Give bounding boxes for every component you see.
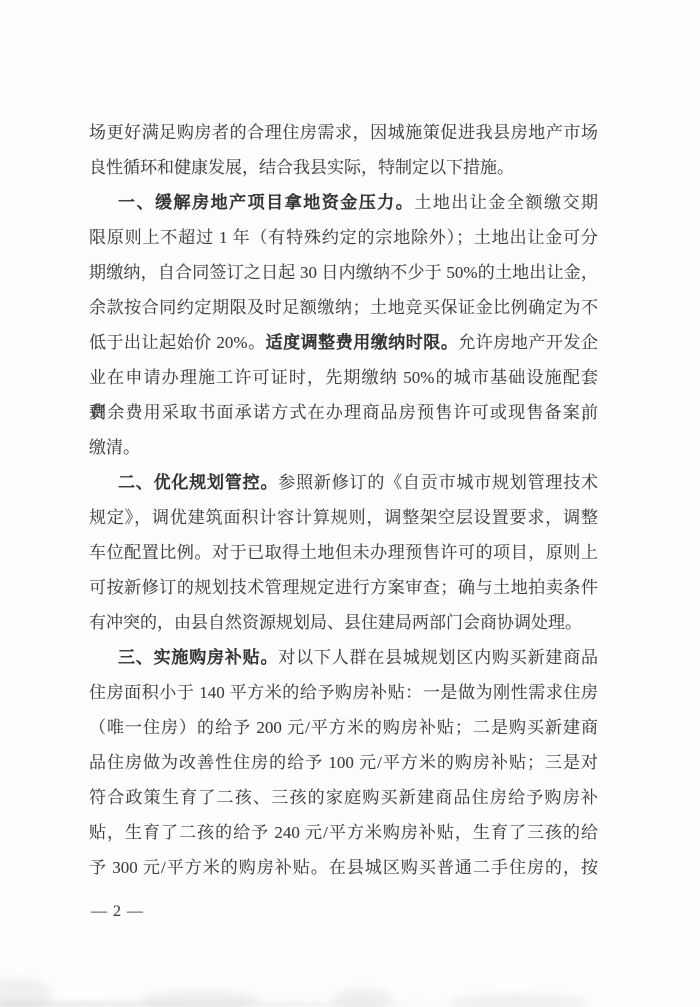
text-run: 剩余费用采取书面承诺方式在办理商品房预售许可或现售备案前 <box>89 403 598 422</box>
text-run: 符合政策生育了二孩、三孩的家庭购买新建商品住房给予购房补 <box>89 788 598 807</box>
text-run: 贴，生育了二孩的给予 240 元/平方米购房补贴，生育了三孩的给 <box>89 823 598 842</box>
text-run: 场更好满足购房者的合理住房需求，因城施策促进我县房地产市场 <box>89 123 598 142</box>
text-line: 三、实施购房补贴。对以下人群在县城规划区内购买新建商品 <box>89 640 598 675</box>
text-line: 贴，生育了二孩的给予 240 元/平方米购房补贴，生育了三孩的给 <box>89 815 598 850</box>
bold-heading-run: 二、优化规划管控。 <box>118 473 278 492</box>
text-run: 对以下人群在县城规划区内购买新建商品 <box>278 648 598 667</box>
text-line: 车位配置比例。对于已取得土地但未办理预售许可的项目，原则上 <box>89 535 598 570</box>
paragraph-1: 场更好满足购房者的合理住房需求，因城施策促进我县房地产市场良性循环和健康发展，结… <box>89 115 598 185</box>
text-line: 低于出让起始价 20%。适度调整费用缴纳时限。允许房地产开发企 <box>89 325 598 360</box>
text-run: 住房面积小于 140 平方米的给予购房补贴：一是做为刚性需求住房 <box>89 683 598 702</box>
text-run: 土地出让金全额缴交期 <box>414 193 598 212</box>
text-run: 限原则上不超过 1 年（有特殊约定的宗地除外）；土地出让金可分 <box>89 228 598 247</box>
text-line: 场更好满足购房者的合理住房需求，因城施策促进我县房地产市场 <box>89 115 598 150</box>
text-run: 缴清。 <box>89 438 140 457</box>
scanned-document-page: 场更好满足购房者的合理住房需求，因城施策促进我县房地产市场良性循环和健康发展，结… <box>0 0 700 1007</box>
text-run: 参照新修订的《自贡市城市规划管理技术 <box>278 473 598 492</box>
text-run: 可按新修订的规划技术管理规定进行方案审查；确与土地拍卖条件 <box>89 578 598 597</box>
text-line: 期缴纳，自合同签订之日起 30 日内缴纳不少于 50%的土地出让金， <box>89 255 598 290</box>
text-line: 住房面积小于 140 平方米的给予购房补贴：一是做为刚性需求住房 <box>89 675 598 710</box>
text-run: （唯一住房）的给予 200 元/平方米的购房补贴；二是购买新建商 <box>89 718 598 737</box>
text-line: 业在申请办理施工许可证时，先期缴纳 50%的城市基础设施配套费， <box>89 360 598 395</box>
text-line: 二、优化规划管控。参照新修订的《自贡市城市规划管理技术 <box>89 465 598 500</box>
text-run: 规定》，调优建筑面积计容计算规则，调整架空层设置要求，调整 <box>89 508 598 527</box>
bold-heading-run: 一、缓解房地产项目拿地资金压力。 <box>118 193 414 212</box>
text-run: 余款按合同约定期限及时足额缴纳；土地竞买保证金比例确定为不 <box>89 298 598 317</box>
page-number: — 2 — <box>91 903 144 921</box>
text-line: 予 300 元/平方米的购房补贴。在县城区购买普通二手住房的，按 <box>89 850 598 885</box>
text-line: 规定》，调优建筑面积计容计算规则，调整架空层设置要求，调整 <box>89 500 598 535</box>
text-line: （唯一住房）的给予 200 元/平方米的购房补贴；二是购买新建商 <box>89 710 598 745</box>
text-line: 品住房做为改善性住房的给予 100 元/平方米的购房补贴；三是对 <box>89 745 598 780</box>
text-run: 期缴纳，自合同签订之日起 30 日内缴纳不少于 50%的土地出让金， <box>89 263 598 282</box>
text-line: 剩余费用采取书面承诺方式在办理商品房预售许可或现售备案前 <box>89 395 598 430</box>
paragraph-3: 二、优化规划管控。参照新修订的《自贡市城市规划管理技术规定》，调优建筑面积计容计… <box>89 465 598 640</box>
bold-heading-run: 适度调整费用缴纳时限。 <box>266 333 459 352</box>
text-line: 符合政策生育了二孩、三孩的家庭购买新建商品住房给予购房补 <box>89 780 598 815</box>
document-body: 场更好满足购房者的合理住房需求，因城施策促进我县房地产市场良性循环和健康发展，结… <box>89 115 598 885</box>
text-line: 限原则上不超过 1 年（有特殊约定的宗地除外）；土地出让金可分 <box>89 220 598 255</box>
text-run: 低于出让起始价 20%。 <box>89 333 266 352</box>
text-run: 良性循环和健康发展，结合我县实际，特制定以下措施。 <box>89 158 514 177</box>
paragraph-2: 一、缓解房地产项目拿地资金压力。土地出让金全额缴交期限原则上不超过 1 年（有特… <box>89 185 598 465</box>
paragraph-4: 三、实施购房补贴。对以下人群在县城规划区内购买新建商品住房面积小于 140 平方… <box>89 640 598 885</box>
text-line: 可按新修订的规划技术管理规定进行方案审查；确与土地拍卖条件 <box>89 570 598 605</box>
text-line: 有冲突的，由县自然资源规划局、县住建局两部门会商协调处理。 <box>89 605 598 640</box>
text-line: 余款按合同约定期限及时足额缴纳；土地竞买保证金比例确定为不 <box>89 290 598 325</box>
text-run: 有冲突的，由县自然资源规划局、县住建局两部门会商协调处理。 <box>89 613 582 632</box>
text-run: 允许房地产开发企 <box>458 333 598 352</box>
scan-edge-shadow <box>0 1001 470 1007</box>
text-run: 品住房做为改善性住房的给予 100 元/平方米的购房补贴；三是对 <box>89 753 598 772</box>
text-line: 良性循环和健康发展，结合我县实际，特制定以下措施。 <box>89 150 598 185</box>
text-line: 缴清。 <box>89 430 598 465</box>
text-run: 予 300 元/平方米的购房补贴。在县城区购买普通二手住房的，按 <box>89 858 598 877</box>
text-line: 一、缓解房地产项目拿地资金压力。土地出让金全额缴交期 <box>89 185 598 220</box>
text-run: 车位配置比例。对于已取得土地但未办理预售许可的项目，原则上 <box>89 543 598 562</box>
bold-heading-run: 三、实施购房补贴。 <box>118 648 278 667</box>
